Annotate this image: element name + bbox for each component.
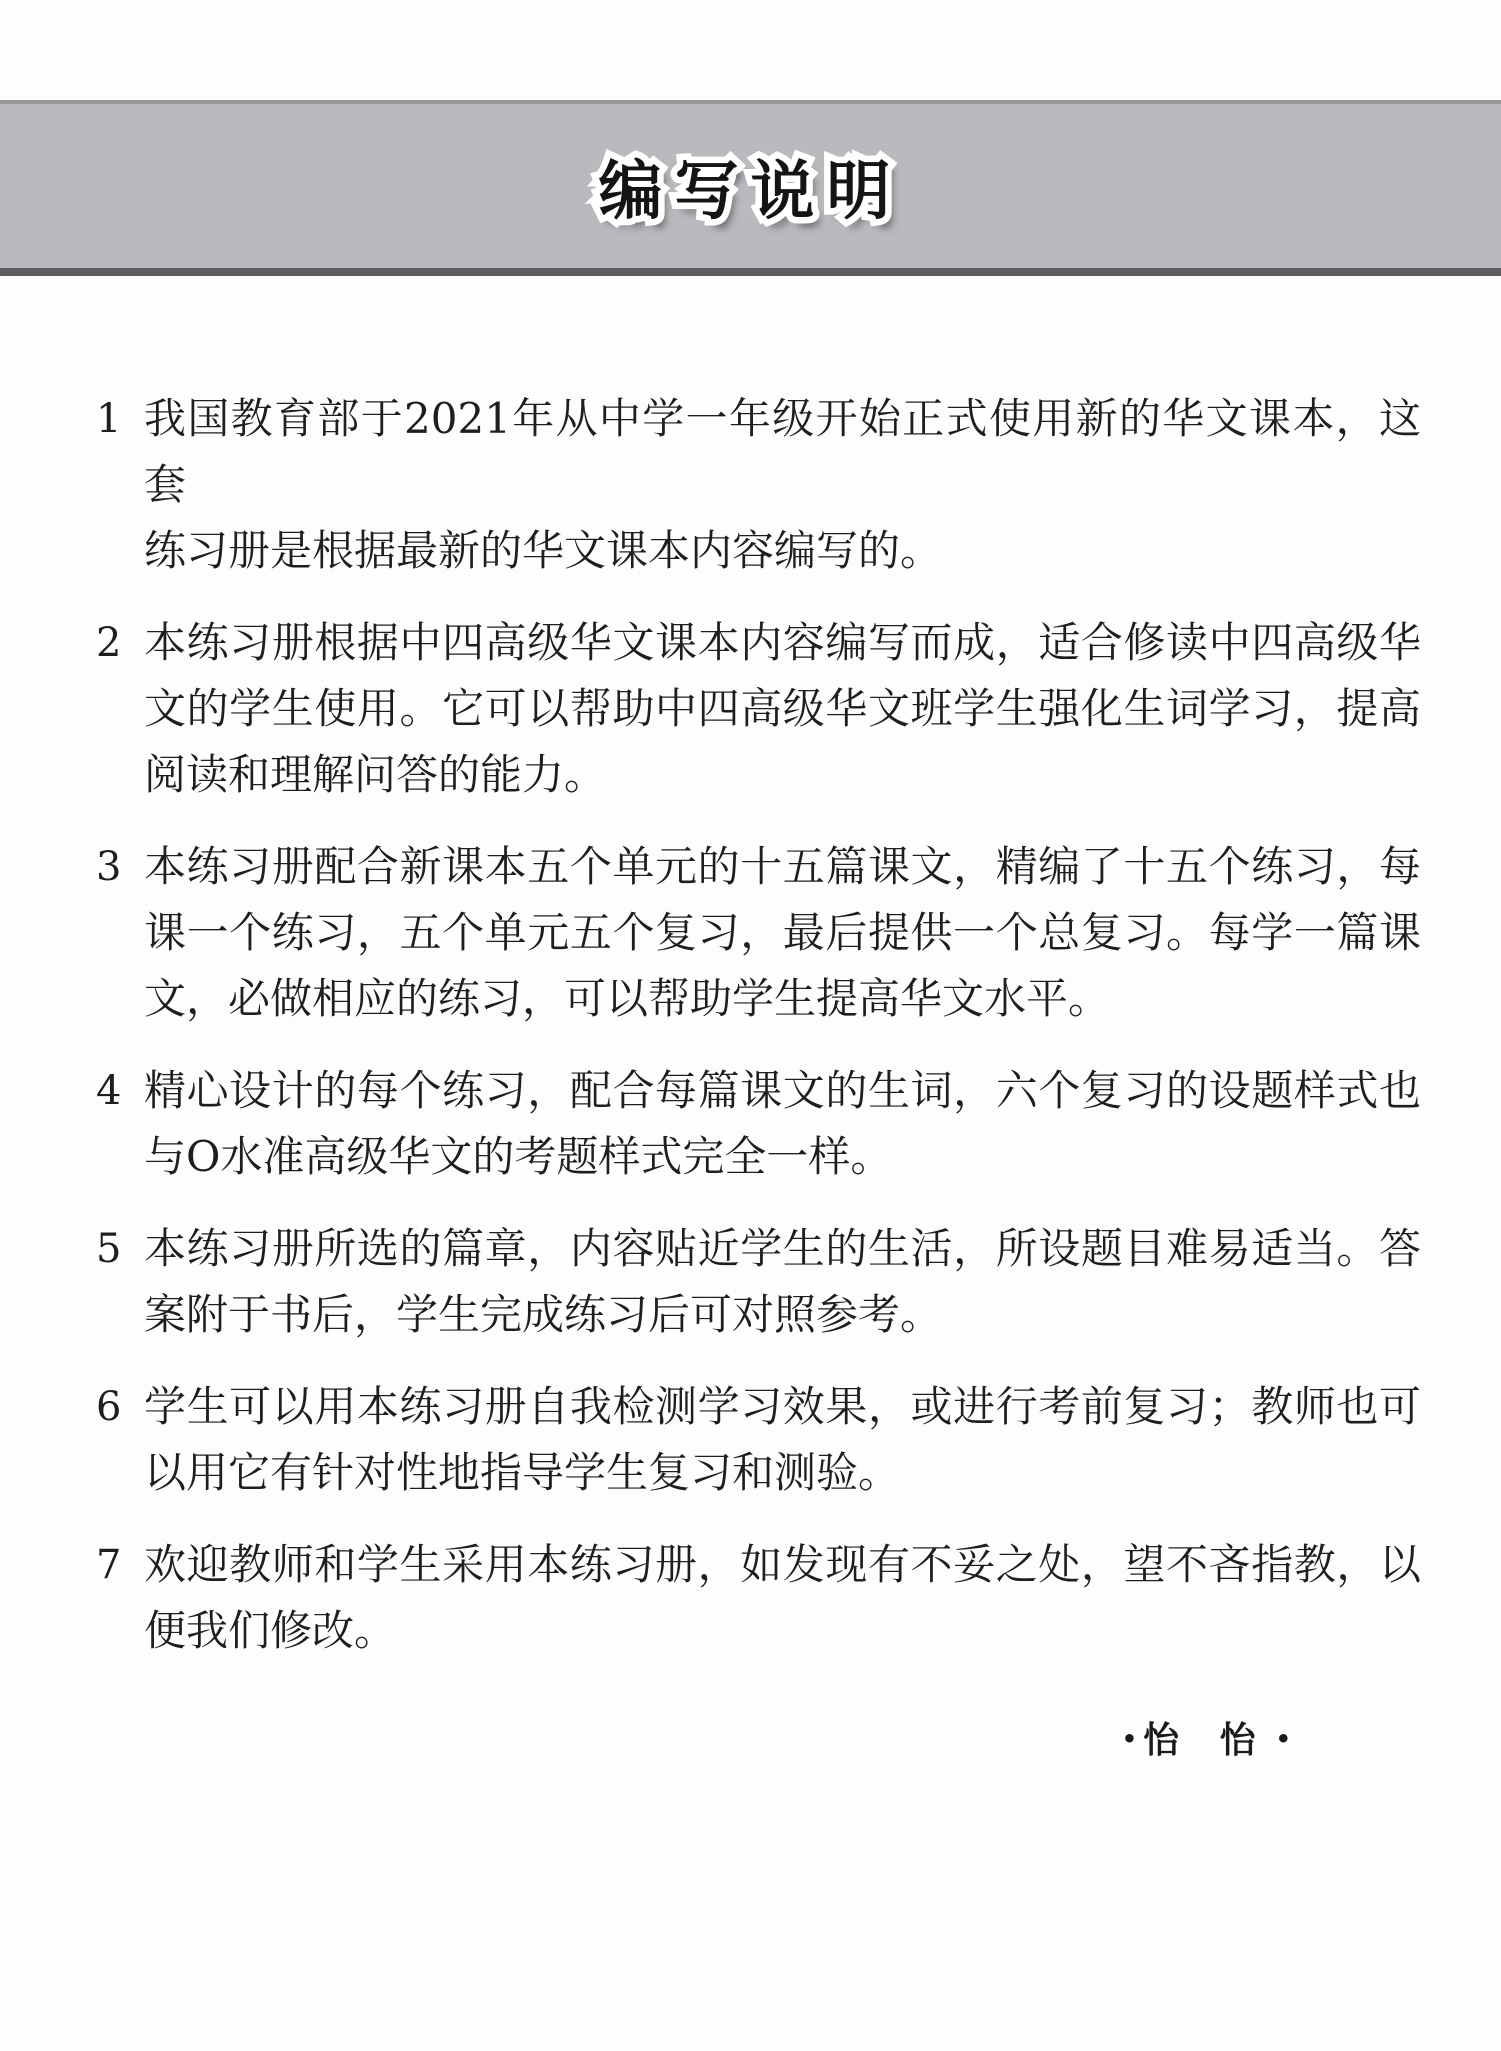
page: 编写说明 1 我国教育部于2021年从中学一年级开始正式使用新的华文课本，这套 … <box>0 100 1501 1763</box>
text-line: 练习册是根据最新的华文课本内容编写的。 <box>144 518 1421 584</box>
text-line: 学生可以用本练习册自我检测学习效果，或进行考前复习；教师也可 <box>144 1374 1421 1440</box>
item-number: 6 <box>96 1374 144 1506</box>
text-line: 本练习册配合新课本五个单元的十五篇课文，精编了十五个练习，每 <box>144 834 1421 900</box>
bullet-icon: • <box>1276 1725 1291 1753</box>
instructions-list: 1 我国教育部于2021年从中学一年级开始正式使用新的华文课本，这套 练习册是根… <box>0 386 1501 1763</box>
instruction-item-2: 2 本练习册根据中四高级华文课本内容编写而成，适合修读中四高级华 文的学生使用。… <box>96 610 1421 808</box>
page-title: 编写说明 <box>599 140 903 232</box>
item-text: 本练习册配合新课本五个单元的十五篇课文，精编了十五个练习，每 课一个练习，五个单… <box>144 834 1421 1032</box>
text-line: 案附于书后，学生完成练习后可对照参考。 <box>144 1282 1421 1348</box>
author-name: 怡 怡 <box>1137 1720 1276 1761</box>
text-line: 本练习册所选的篇章，内容贴近学生的生活，所设题目难易适当。答 <box>144 1216 1421 1282</box>
item-text: 精心设计的每个练习，配合每篇课文的生词，六个复习的设题样式也 与O水准高级华文的… <box>144 1058 1421 1190</box>
text-line: 便我们修改。 <box>144 1598 1421 1664</box>
text-line: 本练习册根据中四高级华文课本内容编写而成，适合修读中四高级华 <box>144 610 1421 676</box>
item-number: 3 <box>96 834 144 1032</box>
instruction-item-1: 1 我国教育部于2021年从中学一年级开始正式使用新的华文课本，这套 练习册是根… <box>96 386 1421 584</box>
item-text: 学生可以用本练习册自我检测学习效果，或进行考前复习；教师也可 以用它有针对性地指… <box>144 1374 1421 1506</box>
item-text: 本练习册所选的篇章，内容贴近学生的生活，所设题目难易适当。答 案附于书后，学生完… <box>144 1216 1421 1348</box>
instruction-item-3: 3 本练习册配合新课本五个单元的十五篇课文，精编了十五个练习，每 课一个练习，五… <box>96 834 1421 1032</box>
text-line: 欢迎教师和学生采用本练习册，如发现有不妥之处，望不吝指教，以 <box>144 1532 1421 1598</box>
text-line: 阅读和理解问答的能力。 <box>144 742 1421 808</box>
text-line: 以用它有针对性地指导学生复习和测验。 <box>144 1440 1421 1506</box>
instruction-item-7: 7 欢迎教师和学生采用本练习册，如发现有不妥之处，望不吝指教，以 便我们修改。 <box>96 1532 1421 1664</box>
text-line: 文的学生使用。它可以帮助中四高级华文班学生强化生词学习，提高 <box>144 676 1421 742</box>
item-number: 5 <box>96 1216 144 1348</box>
item-text: 欢迎教师和学生采用本练习册，如发现有不妥之处，望不吝指教，以 便我们修改。 <box>144 1532 1421 1664</box>
item-number: 4 <box>96 1058 144 1190</box>
author-signature: •怡 怡• <box>96 1712 1421 1763</box>
instruction-item-4: 4 精心设计的每个练习，配合每篇课文的生词，六个复习的设题样式也 与O水准高级华… <box>96 1058 1421 1190</box>
instruction-item-6: 6 学生可以用本练习册自我检测学习效果，或进行考前复习；教师也可 以用它有针对性… <box>96 1374 1421 1506</box>
text-line: 精心设计的每个练习，配合每篇课文的生词，六个复习的设题样式也 <box>144 1058 1421 1124</box>
item-number: 7 <box>96 1532 144 1664</box>
text-line: 我国教育部于2021年从中学一年级开始正式使用新的华文课本，这套 <box>144 386 1421 518</box>
bullet-icon: • <box>1122 1725 1137 1753</box>
item-text: 本练习册根据中四高级华文课本内容编写而成，适合修读中四高级华 文的学生使用。它可… <box>144 610 1421 808</box>
item-text: 我国教育部于2021年从中学一年级开始正式使用新的华文课本，这套 练习册是根据最… <box>144 386 1421 584</box>
title-band: 编写说明 <box>0 100 1501 276</box>
text-line: 课一个练习，五个单元五个复习，最后提供一个总复习。每学一篇课 <box>144 900 1421 966</box>
item-number: 1 <box>96 386 144 584</box>
instruction-item-5: 5 本练习册所选的篇章，内容贴近学生的生活，所设题目难易适当。答 案附于书后，学… <box>96 1216 1421 1348</box>
item-number: 2 <box>96 610 144 808</box>
text-line: 文，必做相应的练习，可以帮助学生提高华文水平。 <box>144 966 1421 1032</box>
text-line: 与O水准高级华文的考题样式完全一样。 <box>144 1124 1421 1190</box>
